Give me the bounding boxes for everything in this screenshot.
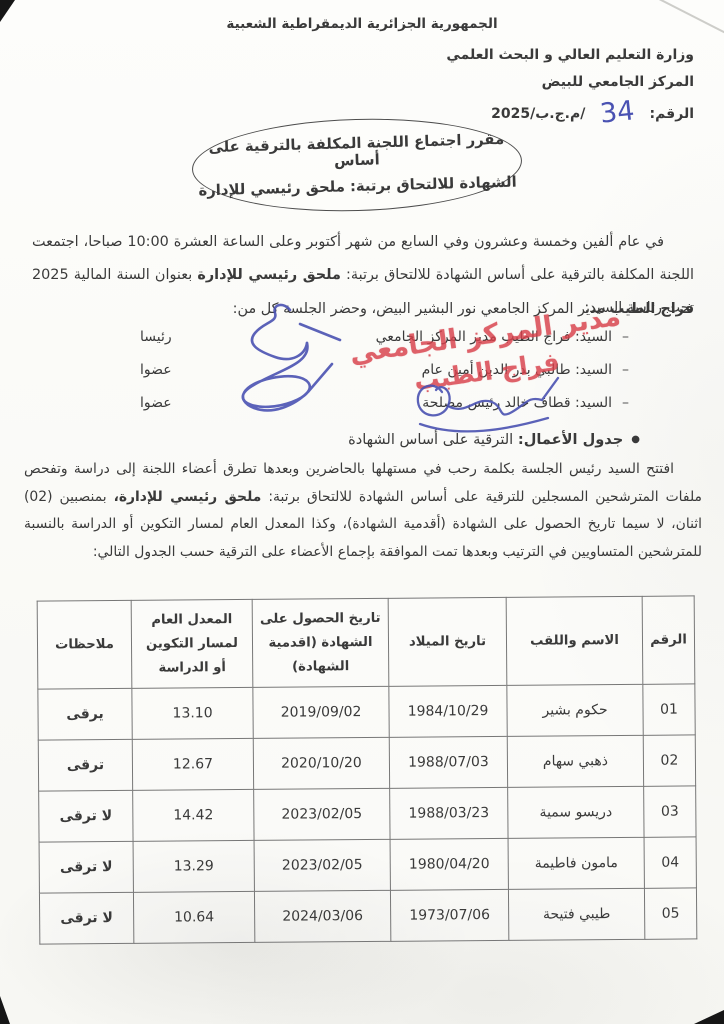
cell-degree-date: 2020/10/20 <box>253 737 389 789</box>
scan-artifact-bottom-left <box>0 996 10 1024</box>
member-role: رئيسا <box>140 329 172 345</box>
cell-number: 05 <box>644 888 696 939</box>
cell-remark: لا ترقى <box>39 790 133 842</box>
member-row: – السيد: طالبي بدر الدين أمين عام عضوا <box>140 362 629 395</box>
cell-average: 12.67 <box>132 738 253 790</box>
cell-remark: لا ترقى <box>39 892 133 944</box>
cell-average: 10.64 <box>133 891 254 943</box>
cell-birthdate: 1984/10/29 <box>389 685 507 737</box>
cell-degree-date: 2024/03/06 <box>254 890 390 942</box>
col-header-degree-date: تاريخ الحصول على الشهادة (اقدمية الشهادة… <box>252 598 389 687</box>
member-row: – السيد: قطاف خالد رئيس مصلحة عضوا <box>140 395 629 428</box>
table-row: 01 حكوم بشير 1984/10/29 2019/09/02 13.10… <box>38 684 695 740</box>
table-header: الرقم الاسم واللقب تاريخ الميلاد تاريخ ا… <box>37 596 695 689</box>
col-header-name: الاسم واللقب <box>506 596 643 685</box>
member-name: السيد: طالبي بدر الدين أمين عام <box>172 362 612 378</box>
cell-birthdate: 1973/07/06 <box>390 889 508 941</box>
decision-title-line2: الشهادة للالتحاق برتبة: ملحق رئيسي للإدا… <box>198 174 517 200</box>
university-center-line: المركز الجامعي للبيض <box>446 69 694 96</box>
cell-number: 01 <box>643 684 695 735</box>
intro-rank-bold: ملحق رئيسي للإدارة <box>197 267 341 283</box>
cell-degree-date: 2023/02/05 <box>254 788 390 840</box>
scan-artifact-bottom-right <box>694 1010 724 1024</box>
chairman-title: مدير المركز الجامعي نور البشير البيض، وح… <box>233 301 610 317</box>
ref-suffix: /م.ج.ب/2025 <box>491 106 585 122</box>
list-dash: – <box>622 329 629 345</box>
decision-title-line1: مقرر اجتماع اللجنة المكلفة بالترقية على … <box>192 130 521 173</box>
cell-remark: لا ترقى <box>39 841 133 893</box>
deliberation-rank-bold: ملحق رئيسي للإدارة، <box>114 489 262 505</box>
table-row: 02 ذهبي سهام 1988/07/03 2020/10/20 12.67… <box>38 735 695 791</box>
cell-remark: يرقى <box>38 688 132 740</box>
cell-birthdate: 1988/03/23 <box>390 787 508 839</box>
cell-name: مامون فاطيمة <box>508 837 644 889</box>
handwritten-ref-number: 34 <box>599 97 636 127</box>
decision-title-box: مقرر اجتماع اللجنة المكلفة بالترقية على … <box>191 114 523 215</box>
chairman-name: فراج الطيب <box>610 301 694 317</box>
list-dash: – <box>622 362 629 378</box>
reference-line: الرقم: 34 /م.ج.ب/2025 <box>446 96 694 128</box>
cell-degree-date: 2023/02/05 <box>254 839 390 891</box>
cell-birthdate: 1980/04/20 <box>390 838 508 890</box>
member-name: السيد: فراج الطيب مدير المركز الجامعي <box>172 329 612 345</box>
cell-birthdate: 1988/07/03 <box>389 736 507 788</box>
col-header-birthdate: تاريخ الميلاد <box>388 597 507 686</box>
table-row: 05 طيبي فتيحة 1973/07/06 2024/03/06 10.6… <box>39 888 696 944</box>
col-header-average: المعدل العام لمسار التكوين أو الدراسة <box>131 599 253 688</box>
cell-remark: ترقى <box>38 739 132 791</box>
bullet-icon: ● <box>631 434 640 445</box>
agenda-label: جدول الأعمال: <box>518 431 623 448</box>
member-row: – السيد: فراج الطيب مدير المركز الجامعي … <box>140 329 629 362</box>
org-header-block: وزارة التعليم العالي و البحث العلمي المر… <box>446 42 694 128</box>
agenda-text: الترقية على أساس الشهادة <box>348 431 518 448</box>
promotion-table: الرقم الاسم واللقب تاريخ الميلاد تاريخ ا… <box>37 595 698 944</box>
ref-label: الرقم: <box>649 106 694 122</box>
members-list: – السيد: فراج الطيب مدير المركز الجامعي … <box>140 329 629 428</box>
cell-number: 02 <box>643 735 695 786</box>
table-row: 04 مامون فاطيمة 1980/04/20 2023/02/05 13… <box>39 837 696 893</box>
table-row: 03 دريسو سمية 1988/03/23 2023/02/05 14.4… <box>39 786 696 842</box>
cell-average: 13.10 <box>132 687 253 739</box>
cell-degree-date: 2019/09/02 <box>253 686 389 738</box>
republic-header: الجمهورية الجزائرية الديمقراطية الشعبية <box>0 16 724 32</box>
cell-name: ذهبي سهام <box>507 735 643 787</box>
chairman-line: فراج الطيب مدير المركز الجامعي نور البشي… <box>32 293 694 326</box>
cell-name: طيبي فتيحة <box>508 888 644 940</box>
cell-number: 03 <box>644 786 696 837</box>
col-header-remarks: ملاحظات <box>37 600 132 689</box>
table-header-row: الرقم الاسم واللقب تاريخ الميلاد تاريخ ا… <box>37 596 695 689</box>
cell-average: 14.42 <box>133 789 254 841</box>
scanned-document-page: الجمهورية الجزائرية الديمقراطية الشعبية … <box>0 0 724 1024</box>
member-role: عضوا <box>140 362 172 378</box>
col-header-number: الرقم <box>642 596 695 684</box>
member-name: السيد: قطاف خالد رئيس مصلحة <box>172 395 612 411</box>
member-role: عضوا <box>140 395 172 411</box>
cell-name: دريسو سمية <box>508 786 644 838</box>
ministry-line: وزارة التعليم العالي و البحث العلمي <box>446 42 694 69</box>
cell-average: 13.29 <box>133 840 254 892</box>
cell-number: 04 <box>644 837 696 888</box>
agenda-line: ●جدول الأعمال: الترقية على أساس الشهادة <box>348 431 640 448</box>
list-dash: – <box>622 395 629 411</box>
cell-name: حكوم بشير <box>507 684 643 736</box>
deliberation-paragraph: افتتح السيد رئيس الجلسة بكلمة رحب في مست… <box>24 456 702 566</box>
